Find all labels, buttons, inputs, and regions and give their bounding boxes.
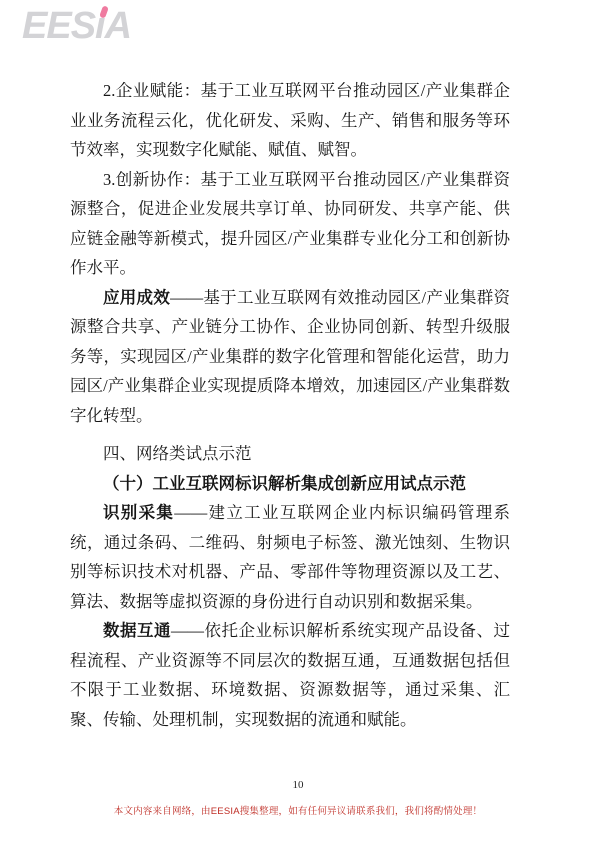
paragraph-identification-collection: 识别采集——建立工业互联网企业内标识编码管理系统，通过条码、二维码、射频电子标签… (70, 498, 510, 616)
paragraph-lead-in: 数据互通 (103, 621, 171, 640)
logo-text-left: EES (22, 5, 95, 47)
subsection-heading-identifier-resolution: （十）工业互联网标识解析集成创新应用试点示范 (70, 469, 510, 499)
paragraph-data-interoperability: 数据互通——依托企业标识解析系统实现产品设备、过程流程、产业资源等不同层次的数据… (70, 616, 510, 734)
paragraph-text: 2.企业赋能：基于工业互联网平台推动园区/产业集群企业业务流程云化，优化研发、采… (70, 81, 510, 159)
paragraph-innovation-collaboration: 3.创新协作：基于工业互联网平台推动园区/产业集群资源整合，促进企业发展共享订单… (70, 165, 510, 283)
paragraph-text: ——基于工业互联网有效推动园区/产业集群资源整合共享、产业链分工协作、企业协同创… (70, 288, 510, 425)
heading-bold: （十）工业互联网标识解析集成创新应用试点示范 (103, 474, 466, 493)
page-number: 10 (0, 779, 596, 791)
paragraph-enterprise-empowerment: 2.企业赋能：基于工业互联网平台推动园区/产业集群企业业务流程云化，优化研发、采… (70, 76, 510, 165)
footer-copyright-notice: 本文内容来自网络，由EESIA搜集整理，如有任何异议请联系我们，我们将酌情处理！ (0, 803, 596, 817)
paragraph-lead-in: 应用成效 (103, 288, 170, 307)
paragraph-text: 3.创新协作：基于工业互联网平台推动园区/产业集群资源整合，促进企业发展共享订单… (70, 170, 510, 278)
section-heading-network-pilot: 四、网络类试点示范 (70, 439, 510, 469)
logo-text-right: A (105, 5, 131, 47)
eesia-logo: EESıA (22, 4, 131, 48)
paragraph-application-results: 应用成效——基于工业互联网有效推动园区/产业集群资源整合共享、产业链分工协作、企… (70, 283, 510, 431)
paragraph-lead-in: 识别采集 (103, 503, 174, 522)
heading-text: 四、网络类试点示范 (103, 444, 252, 463)
document-page: EESıA 2.企业赋能：基于工业互联网平台推动园区/产业集群企业业务流程云化，… (0, 0, 596, 842)
document-body: 2.企业赋能：基于工业互联网平台推动园区/产业集群企业业务流程云化，优化研发、采… (70, 76, 510, 734)
